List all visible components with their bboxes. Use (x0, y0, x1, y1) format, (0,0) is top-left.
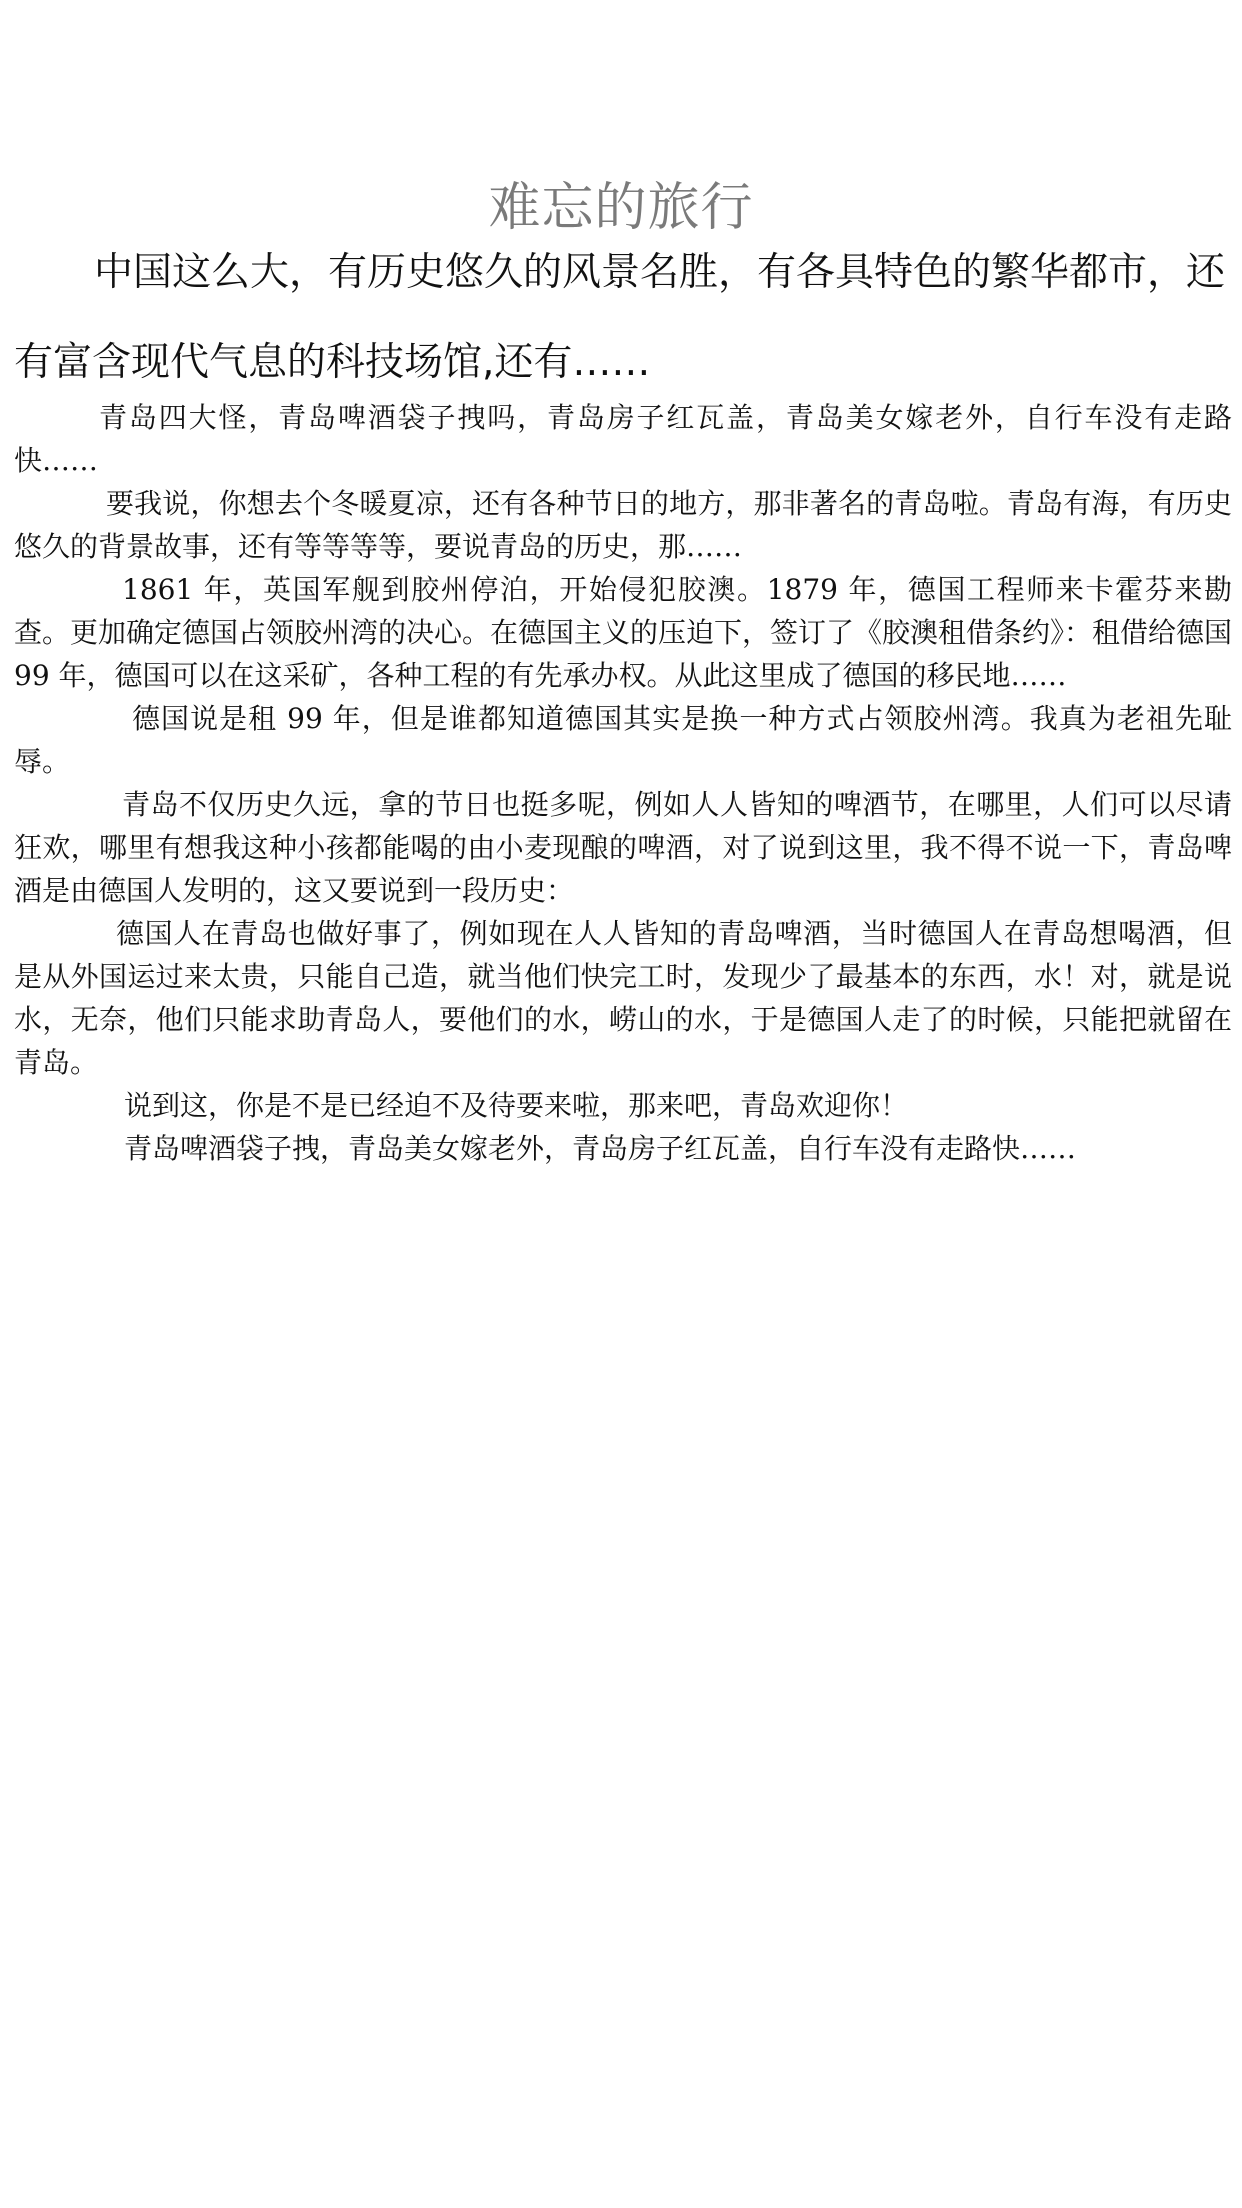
paragraph-qingdao-four-oddities: 青岛四大怪，青岛啤酒袋子拽吗，青岛房子红瓦盖，青岛美女嫁老外，自行车没有走路快…… (14, 396, 1232, 482)
paragraph-closing-rhyme: 青岛啤酒袋子拽，青岛美女嫁老外，青岛房子红瓦盖，自行车没有走路快…… (14, 1127, 1232, 1170)
paragraph-history: 1861 年，英国军舰到胶州停泊，开始侵犯胶澳。1879 年，德国工程师来卡霍芬… (14, 568, 1232, 697)
paragraph-welcome: 说到这，你是不是已经迫不及待要来啦，那来吧，青岛欢迎你！ (14, 1084, 1232, 1127)
paragraph-festivals: 青岛不仅历史久远，拿的节日也挺多呢，例如人人皆知的啤酒节，在哪里，人们可以尽请狂… (14, 783, 1232, 912)
paragraph-beer-history: 德国人在青岛也做好事了，例如现在人人皆知的青岛啤酒，当时德国人在青岛想喝酒，但是… (14, 912, 1232, 1084)
intro-paragraph: 中国这么大，有历史悠久的风景名胜，有各具特色的繁华都市，还有富含现代气息的科技场… (14, 228, 1229, 408)
intro-text: 中国这么大，有历史悠久的风景名胜，有各具特色的繁华都市，还有富含现代气息的科技场… (14, 250, 1225, 385)
paragraph-lease: 德国说是租 99 年，但是谁都知道德国其实是换一种方式占领胶州湾。我真为老祖先耻… (14, 697, 1232, 783)
paragraph-recommend-qingdao: 要我说，你想去个冬暖夏凉，还有各种节日的地方，那非著名的青岛啦。青岛有海，有历史… (14, 482, 1232, 568)
document-body: 青岛四大怪，青岛啤酒袋子拽吗，青岛房子红瓦盖，青岛美女嫁老外，自行车没有走路快…… (14, 396, 1232, 1170)
